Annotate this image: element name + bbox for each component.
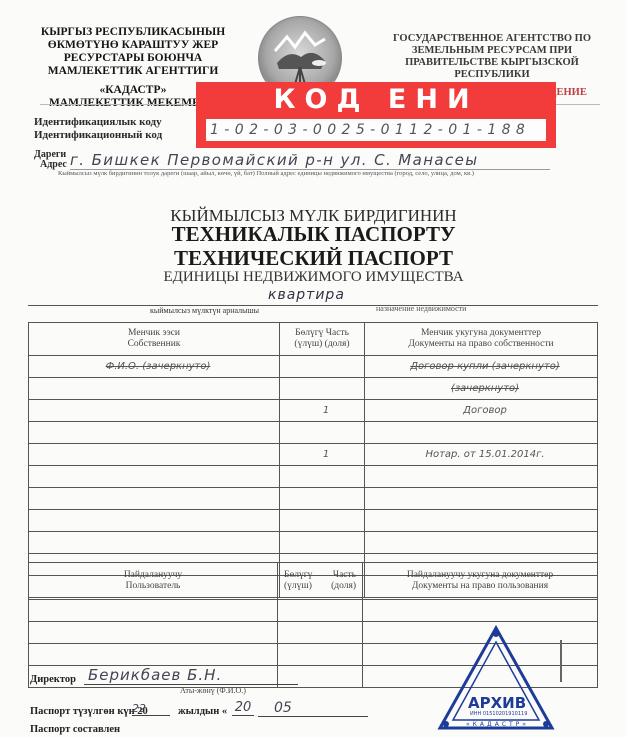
owners-header-owner: Менчик ээсиСобственник: [29, 323, 280, 356]
identification-code-value: 1-02-03-0025-0112-01-188: [210, 122, 530, 138]
header-right-line: ПРАВИТЕЛЬСТВЕ КЫРГЫЗСКОЙ: [372, 57, 612, 69]
header-right-line: ГОСУДАРСТВЕННОЕ АГЕНТСТВО ПО: [372, 33, 612, 45]
issued-label: Паспорт түзүлгөн күн 20: [30, 706, 148, 717]
owners-table-row: 1Договор: [29, 400, 598, 422]
purpose-divider: [28, 305, 598, 306]
stamp-org: «КАДАСТР»: [466, 721, 529, 728]
owners-cell-share: [280, 510, 365, 532]
owners-table-row: Ф.И.О. (зачеркнуто)Договор купли (зачерк…: [29, 356, 598, 378]
owners-header-share: Бөлүгү Часть(үлүш) (доля): [280, 323, 365, 356]
owners-cell-share: [280, 488, 365, 510]
users-cell: [363, 600, 598, 622]
owners-table: Менчик ээсиСобственник Бөлүгү Часть(үлүш…: [28, 322, 598, 598]
owners-cell-owner: [29, 466, 280, 488]
owners-cell-share: [280, 532, 365, 554]
owners-table-row: [29, 466, 598, 488]
owners-table-row: 1Нотар. от 15.01.2014г.: [29, 444, 598, 466]
address-label-ru: Адрес: [34, 160, 67, 170]
owners-cell-share: 1: [280, 400, 365, 422]
address-value: г. Бишкек Первомайский р-н ул. С. Манасе…: [70, 151, 550, 170]
users-cell: [278, 644, 363, 666]
owners-cell-doc: [365, 466, 598, 488]
owners-cell-share: 1: [280, 444, 365, 466]
archive-stamp-icon: [436, 624, 556, 734]
owners-cell-owner: [29, 488, 280, 510]
owners-cell-owner: Ф.И.О. (зачеркнуто): [29, 356, 280, 378]
owners-cell-share: [280, 356, 365, 378]
owners-cell-doc: [365, 488, 598, 510]
header-left-line: МАМЛЕКЕТТИК АГЕНТТИГИ: [28, 65, 238, 78]
header-right-line: ЗЕМЕЛЬНЫМ РЕСУРСАМ ПРИ: [372, 45, 612, 57]
owners-table-row: [29, 422, 598, 444]
header-left-line: ӨКМӨТҮНӨ КАРАШТУУ ЖЕР: [28, 39, 238, 52]
owners-table-row: [29, 488, 598, 510]
owners-cell-doc: [365, 422, 598, 444]
director-value: Берикбаев Б.Н.: [84, 666, 298, 685]
owners-cell-owner: [29, 400, 280, 422]
owners-cell-owner: [29, 444, 280, 466]
identification-label: Идентификациялык коду Идентификационный …: [34, 116, 162, 142]
owners-cell-share: [280, 378, 365, 400]
header-left-line: РЕСУРСТАРЫ БОЮНЧА: [28, 52, 238, 65]
users-cell: [29, 622, 278, 644]
owners-table-row: [29, 532, 598, 554]
users-header-user: ПайдалануучуПользователь: [29, 563, 278, 600]
users-cell: [29, 644, 278, 666]
stamp-word: АРХИВ: [468, 694, 526, 712]
issued-mid-label: жылдын «: [178, 706, 227, 717]
owners-cell-doc: [365, 532, 598, 554]
purpose-note-ru: назначение недвижимости: [376, 304, 466, 313]
owners-cell-owner: [29, 510, 280, 532]
director-label: Директор: [30, 674, 76, 685]
pen-mark: [560, 640, 562, 682]
stamp-inn: ИНН 01510201910119: [470, 711, 527, 717]
identification-label-ky: Идентификациялык коду: [34, 116, 162, 129]
users-header-share: БөлүгүЧасть (үлүш)(доля): [278, 563, 363, 600]
director-note: Аты-жөнү (Ф.И.О.): [180, 686, 246, 695]
purpose-value: квартира: [268, 287, 345, 303]
code-overlay-banner: КОД ЕНИ 1-02-03-0025-0112-01-188: [196, 82, 556, 148]
identification-label-ru: Идентификационный код: [34, 129, 162, 142]
address-note: Кыймылсыз мүлк бирдигинин толук дареги (…: [58, 170, 474, 177]
purpose-note-ky: кыймылсыз мүлктүн арналышы: [150, 306, 259, 315]
owners-table-row: [29, 510, 598, 532]
owners-cell-owner: [29, 532, 280, 554]
title-ru-line2: ЕДИНИЦЫ НЕДВИЖИМОГО ИМУЩЕСТВА: [0, 269, 627, 286]
owners-cell-owner: [29, 422, 280, 444]
header-left-line: КЫРГЫЗ РЕСПУБЛИКАСЫНЫН: [28, 26, 238, 39]
owners-cell-doc: (зачеркнуто): [365, 378, 598, 400]
owners-cell-doc: Нотар. от 15.01.2014г.: [365, 444, 598, 466]
users-cell: [278, 622, 363, 644]
owners-table-row: (зачеркнуто): [29, 378, 598, 400]
owners-cell-owner: [29, 378, 280, 400]
issued-year: 22: [132, 702, 170, 716]
users-table-header: ПайдалануучуПользователь БөлүгүЧасть (үл…: [29, 563, 598, 600]
header-right-line: РЕСПУБЛИКИ: [372, 69, 612, 81]
code-overlay-title: КОД ЕНИ: [196, 84, 556, 115]
users-table-row: [29, 600, 598, 622]
owners-table-header: Менчик ээсиСобственник Бөлүгү Часть(үлүш…: [29, 323, 598, 356]
owners-header-docs: Менчик укугуна документтерДокументы на п…: [365, 323, 598, 356]
owners-cell-share: [280, 466, 365, 488]
title-ru-line1: ТЕХНИЧЕСКИЙ ПАСПОРТ: [0, 246, 627, 271]
issued-month: 05: [258, 700, 368, 717]
users-cell: [278, 600, 363, 622]
address-label: Дареги Адрес: [34, 150, 67, 170]
users-cell: [29, 600, 278, 622]
issued-day: 20: [232, 700, 254, 716]
owners-cell-doc: Договор купли (зачеркнуто): [365, 356, 598, 378]
users-header-docs: Пайдалануучу укугуна документтерДокумент…: [363, 563, 598, 600]
composed-label: Паспорт составлен: [30, 724, 120, 735]
owners-cell-doc: Договор: [365, 400, 598, 422]
identification-code-box: 1-02-03-0025-0112-01-188: [206, 119, 546, 141]
title-ky-line2: ТЕХНИКАЛЫК ПАСПОРТУ: [0, 222, 627, 247]
owners-cell-doc: [365, 510, 598, 532]
owners-cell-share: [280, 422, 365, 444]
